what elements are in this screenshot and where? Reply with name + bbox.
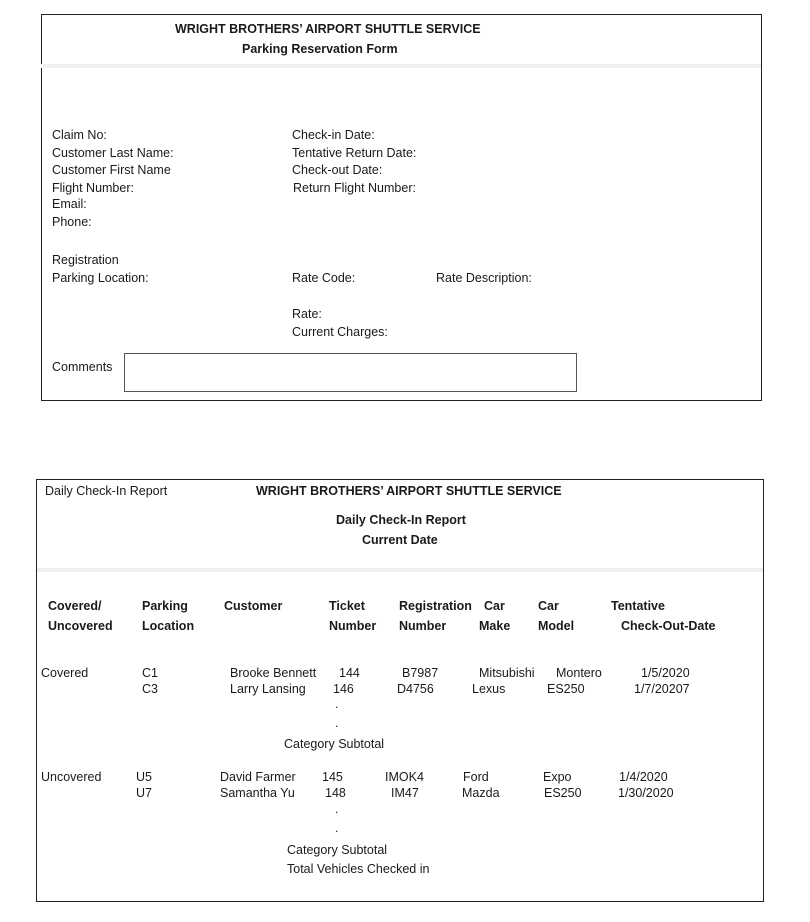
check-in-date-label: Check-in Date:: [292, 128, 375, 143]
cell-customer: Samantha Yu: [220, 786, 295, 801]
cell-checkout: 1/4/2020: [619, 770, 668, 785]
header-divider: [37, 568, 763, 572]
cell-checkout: 1/30/2020: [618, 786, 674, 801]
col-registration-line2: Number: [399, 619, 446, 634]
col-car-model-line1: Car: [538, 599, 559, 614]
continuation-dot: .: [335, 822, 338, 834]
comments-field[interactable]: [124, 353, 577, 392]
category-subtotal-label: Category Subtotal: [287, 843, 387, 858]
cell-customer: Brooke Bennett: [230, 666, 316, 681]
daily-checkin-report: Daily Check-In Report WRIGHT BROTHERS’ A…: [36, 479, 764, 902]
current-charges-label: Current Charges:: [292, 325, 388, 340]
company-title: WRIGHT BROTHERS’ AIRPORT SHUTTLE SERVICE: [175, 22, 481, 37]
report-date-label: Current Date: [362, 533, 438, 548]
claim-no-label: Claim No:: [52, 128, 107, 143]
category-subtotal-label: Category Subtotal: [284, 737, 384, 752]
cell-location: C1: [142, 666, 158, 681]
flight-number-label: Flight Number:: [52, 181, 134, 196]
cell-ticket: 144: [339, 666, 360, 681]
form-title: Parking Reservation Form: [242, 42, 398, 57]
col-checkout-line1: Tentative: [611, 599, 665, 614]
rate-description-label: Rate Description:: [436, 271, 532, 286]
col-checkout-line2: Check-Out-Date: [621, 619, 715, 634]
col-parking-line1: Parking: [142, 599, 188, 614]
cell-make: Mitsubishi: [479, 666, 535, 681]
cell-registration: D4756: [397, 682, 434, 697]
col-car-make-line2: Make: [479, 619, 510, 634]
cell-location: C3: [142, 682, 158, 697]
cell-model: ES250: [547, 682, 585, 697]
report-title: Daily Check-In Report: [336, 513, 466, 528]
cell-ticket: 146: [333, 682, 354, 697]
parking-location-label: Parking Location:: [52, 271, 149, 286]
phone-label: Phone:: [52, 215, 92, 230]
cell-model: Expo: [543, 770, 572, 785]
cell-make: Lexus: [472, 682, 505, 697]
email-label: Email:: [52, 197, 87, 212]
col-ticket-line2: Number: [329, 619, 376, 634]
col-customer: Customer: [224, 599, 282, 614]
cell-model: ES250: [544, 786, 582, 801]
cell-checkout: 1/5/2020: [641, 666, 690, 681]
rate-label: Rate:: [292, 307, 322, 322]
customer-last-name-label: Customer Last Name:: [52, 146, 174, 161]
cell-ticket: 148: [325, 786, 346, 801]
registration-label: Registration: [52, 253, 119, 268]
col-ticket-line1: Ticket: [329, 599, 365, 614]
check-out-date-label: Check-out Date:: [292, 163, 382, 178]
category-label: Covered: [41, 666, 88, 681]
return-flight-number-label: Return Flight Number:: [293, 181, 416, 196]
cell-make: Mazda: [462, 786, 500, 801]
cell-location: U7: [136, 786, 152, 801]
cell-make: Ford: [463, 770, 489, 785]
cell-model: Montero: [556, 666, 602, 681]
continuation-dot: .: [335, 717, 338, 729]
cell-registration: IM47: [391, 786, 419, 801]
customer-first-name-label: Customer First Name: [52, 163, 171, 178]
continuation-dot: .: [335, 698, 338, 710]
col-car-make-line1: Car: [484, 599, 505, 614]
cell-ticket: 145: [322, 770, 343, 785]
col-covered-line1: Covered/: [48, 599, 102, 614]
cell-checkout: 1/7/20207: [634, 682, 690, 697]
col-covered-line2: Uncovered: [48, 619, 113, 634]
company-title: WRIGHT BROTHERS’ AIRPORT SHUTTLE SERVICE: [256, 484, 562, 499]
cell-registration: IMOK4: [385, 770, 424, 785]
col-car-model-line2: Model: [538, 619, 574, 634]
comments-label: Comments: [52, 360, 112, 375]
category-label: Uncovered: [41, 770, 101, 785]
parking-reservation-form: WRIGHT BROTHERS’ AIRPORT SHUTTLE SERVICE…: [41, 14, 762, 401]
report-corner-label: Daily Check-In Report: [45, 484, 167, 499]
rate-code-label: Rate Code:: [292, 271, 355, 286]
cell-location: U5: [136, 770, 152, 785]
total-vehicles-label: Total Vehicles Checked in: [287, 862, 429, 877]
col-parking-line2: Location: [142, 619, 194, 634]
col-registration-line1: Registration: [399, 599, 472, 614]
tentative-return-date-label: Tentative Return Date:: [292, 146, 416, 161]
cell-customer: Larry Lansing: [230, 682, 306, 697]
cell-customer: David Farmer: [220, 770, 296, 785]
continuation-dot: .: [335, 803, 338, 815]
cell-registration: B7987: [402, 666, 438, 681]
header-divider: [42, 64, 761, 68]
